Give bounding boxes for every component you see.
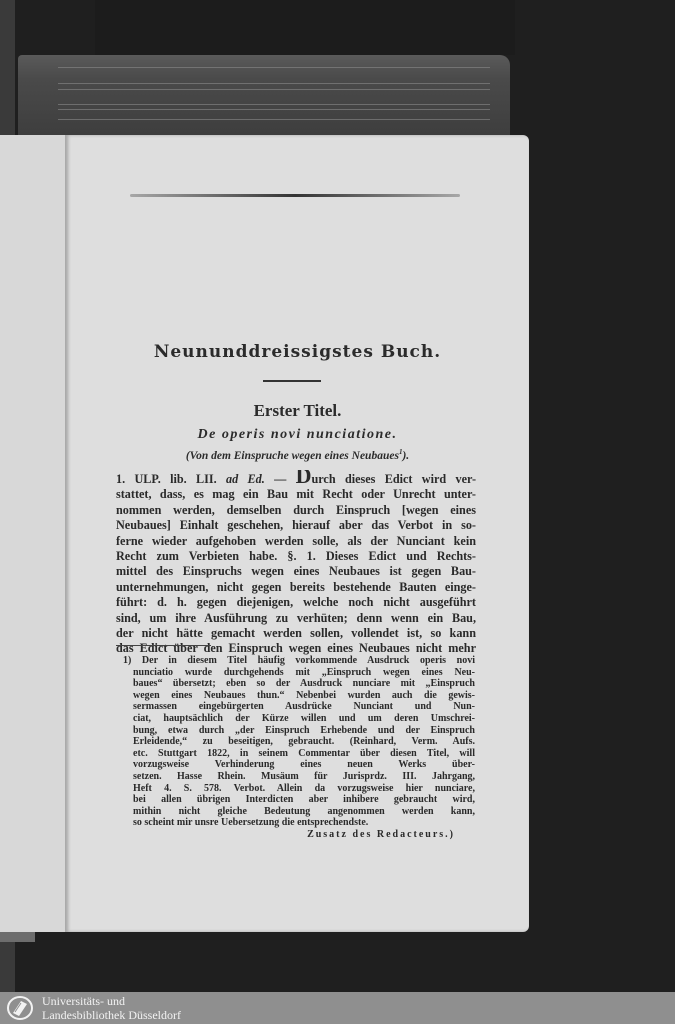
footnote-line: setzen. Hasse Rhein. Musäum für Jurisprd… xyxy=(123,771,475,783)
institution-name: Universitäts- und Landesbibliothek Düsse… xyxy=(42,994,181,1022)
background-column xyxy=(95,0,515,55)
footnote-line: bung, etwa durch „der Einspruch Erhebend… xyxy=(123,725,475,737)
body-line: der nicht hätte gemacht werden sollen, v… xyxy=(116,626,476,641)
ornamental-rule xyxy=(130,194,460,197)
body-line: führt: d. h. gegen diejenigen, welche no… xyxy=(116,595,476,610)
footnote-line: Heft 4. S. 578. Verbot. Allein da vorzug… xyxy=(123,783,475,795)
body-line: mittel des Einspruchs wegen eines Neubau… xyxy=(116,564,476,579)
heading-divider xyxy=(263,380,321,382)
footnote-line: Erleidende,“ zu beseitigen, gebraucht. (… xyxy=(123,736,475,748)
footnote-line: so scheint mir unsre Uebersetzung die en… xyxy=(123,817,475,829)
footnote-line: vorzugsweise Verhinderung eines neuen We… xyxy=(123,759,475,771)
title-heading: Erster Titel. xyxy=(66,401,529,421)
title-german: (Von dem Einspruche wegen eines Neubaues… xyxy=(66,448,529,462)
institution-line-1: Universitäts- und xyxy=(42,994,181,1008)
body-line: nommen werden, demselben durch Einspruch… xyxy=(116,503,476,518)
footnote-line: sermassen eingebürgerten Ausdrücke Nunci… xyxy=(123,701,475,713)
body-text: 1. ULP. lib. LII. ad Ed. — Durch dieses … xyxy=(116,470,476,657)
footnote-line: ciat, hauptsächlich der Kürze willen und… xyxy=(123,713,475,725)
body-line: ferne wieder aufgehoben werden solle, al… xyxy=(116,534,476,549)
library-footer: Universitäts- und Landesbibliothek Düsse… xyxy=(0,992,675,1024)
book-top-edge xyxy=(18,55,510,135)
footnote-line: bei allen übrigen Interdicten aber inhib… xyxy=(123,794,475,806)
footnote: 1) Der in diesem Titel häufig vorkommend… xyxy=(123,655,475,841)
left-page-edge xyxy=(0,135,66,932)
book-page: Neununddreissigstes Buch. Erster Titel. … xyxy=(66,135,529,932)
drop-cap: D xyxy=(296,470,312,487)
footnote-line: baues“ übersetzt; eben so der Ausdruck n… xyxy=(123,678,475,690)
body-line: stattet, dass, es mag ein Bau mit Recht … xyxy=(116,487,476,502)
book-heading: Neununddreissigstes Buch. xyxy=(66,342,529,362)
footnote-line: 1) Der in diesem Titel häufig vorkommend… xyxy=(123,655,475,667)
title-latin: De operis novi nunciatione. xyxy=(66,427,529,443)
ulb-duesseldorf-logo-icon xyxy=(6,995,34,1021)
footnote-line: etc. Stuttgart 1822, in seinem Commentar… xyxy=(123,748,475,760)
institution-line-2: Landesbibliothek Düsseldorf xyxy=(42,1008,181,1022)
body-line: Recht zum Verbieten habe. §. 1. Dieses E… xyxy=(116,549,476,564)
body-line: sind, um ihre Ausführung zu verhüten; de… xyxy=(116,611,476,626)
body-line: Neubaues] Einhalt geschehen, hierauf abe… xyxy=(116,518,476,533)
footnote-line: nunciatio wurde durchgehends mit „Einspr… xyxy=(123,667,475,679)
footnote-line: mithin nicht gleiche Bedeutung angenomme… xyxy=(123,806,475,818)
body-line: unternehmungen, nicht gegen bereits best… xyxy=(116,580,476,595)
footnote-signature: Zusatz des Redacteurs.) xyxy=(123,829,475,841)
footnote-divider xyxy=(116,645,211,646)
body-line: 1. ULP. lib. LII. ad Ed. — Durch dieses … xyxy=(116,470,476,487)
book-binding-edge xyxy=(0,932,35,942)
footnote-line: wegen eines Neubaues thun.“ Nebenbei wur… xyxy=(123,690,475,702)
